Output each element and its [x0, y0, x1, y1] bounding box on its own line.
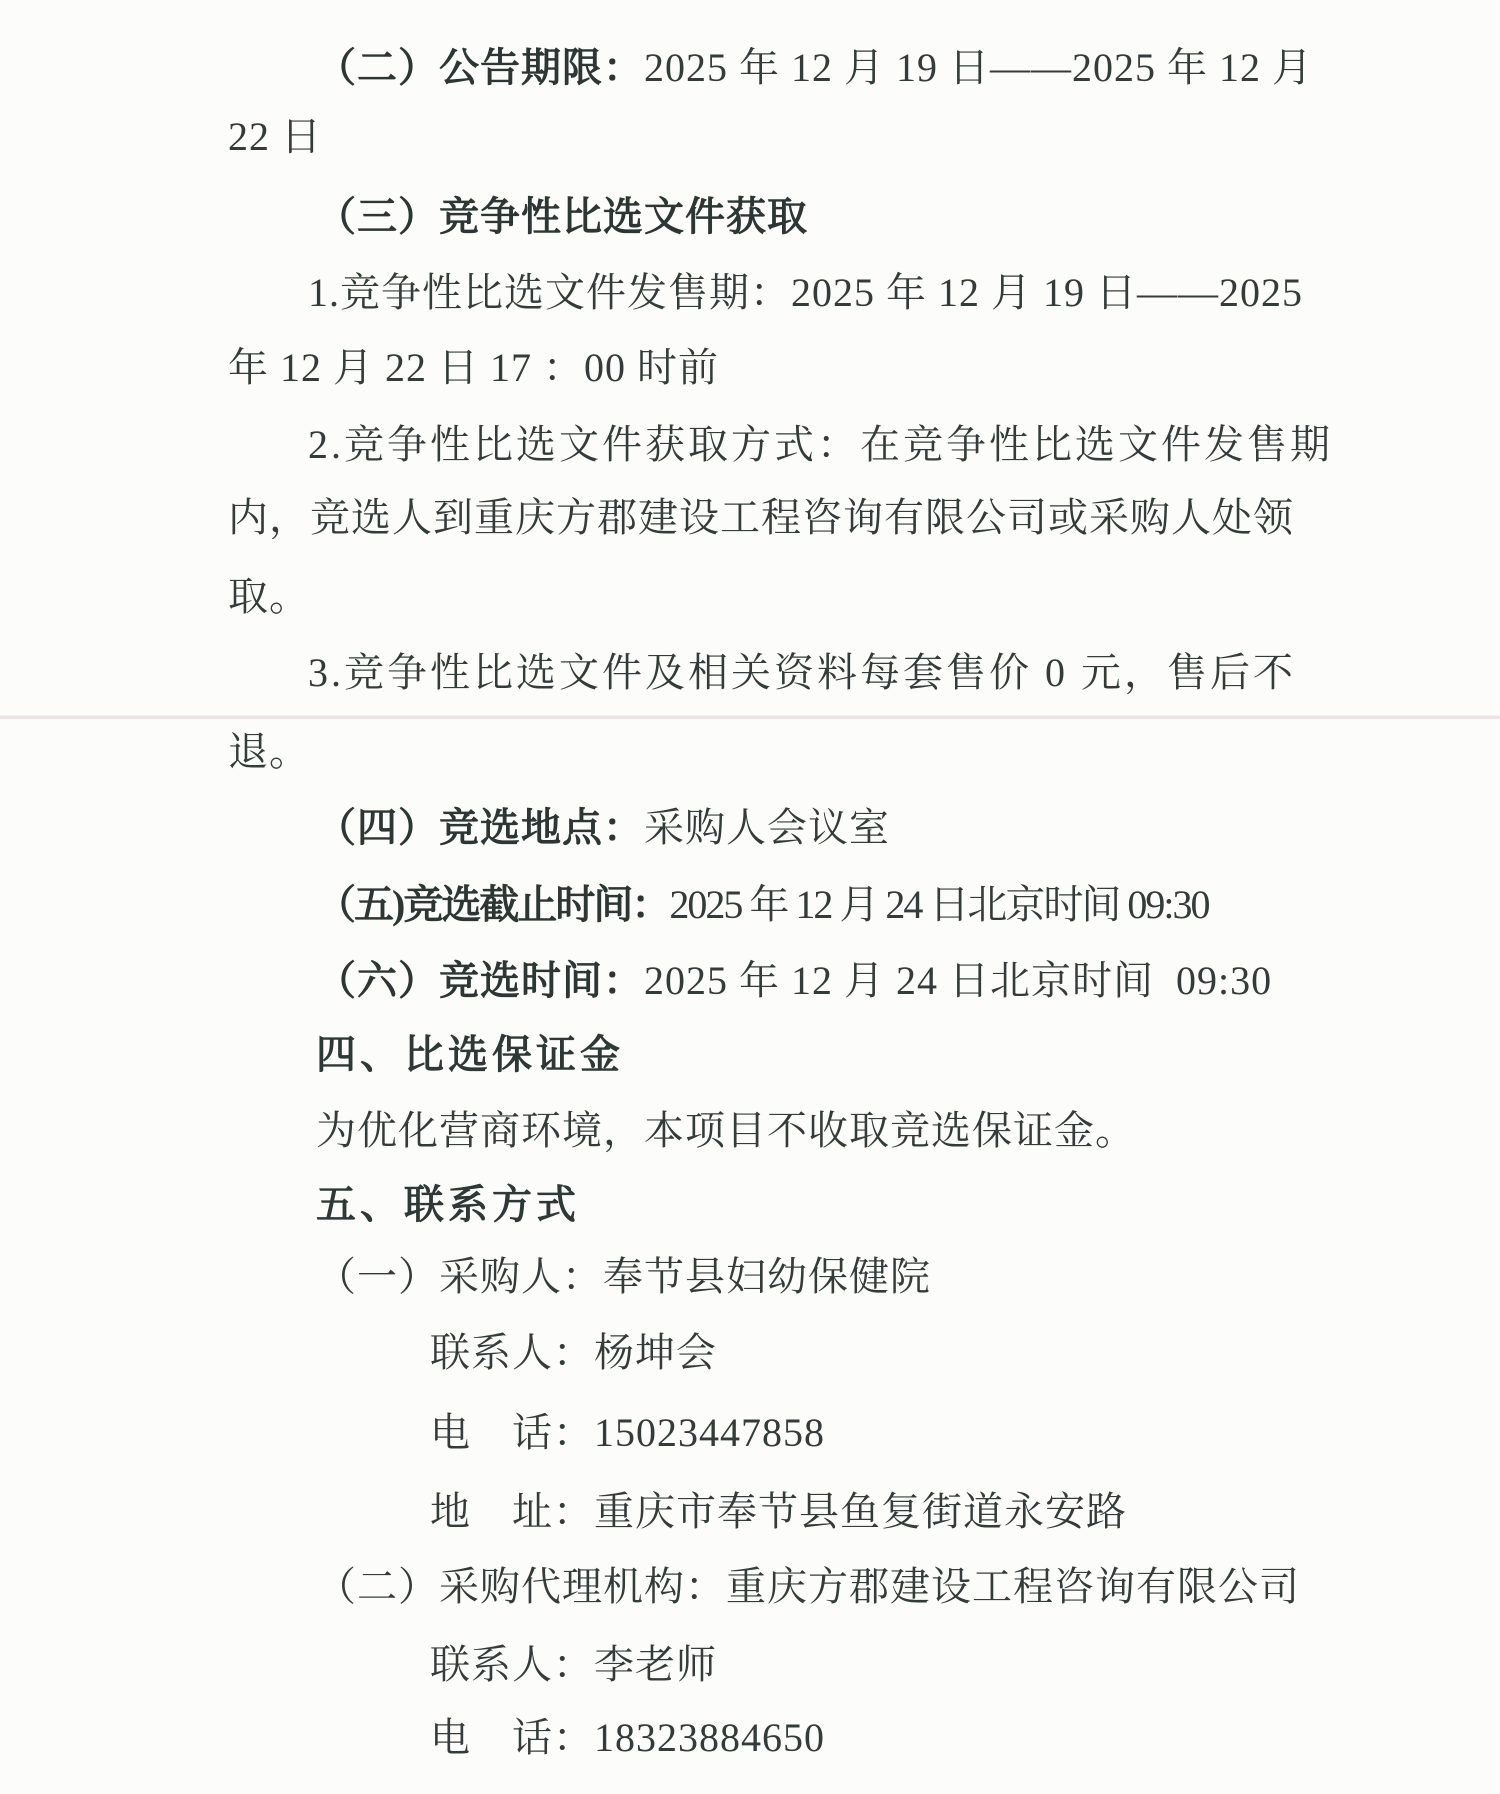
announcement-period-line: （二）公告期限：2025 年 12 月 19 日——2025 年 12 月 [316, 40, 1348, 96]
announcement-period-label: （二）公告期限： [316, 45, 644, 90]
scanned-document-page: （二）公告期限：2025 年 12 月 19 日——2025 年 12 月 22… [0, 0, 1500, 1794]
document-price-line: 3.竞争性比选文件及相关资料每套售价 0 元，售后不 [308, 645, 1348, 701]
bid-location-label: （四）竞选地点： [316, 805, 644, 850]
bid-deadline-label: （五)竞选截止时间： [316, 882, 669, 927]
purchaser-line: （一）采购人：奉节县妇幼保健院 [316, 1249, 1348, 1305]
agency-line: （二）采购代理机构：重庆方郡建设工程咨询有限公司 [316, 1559, 1348, 1615]
deposit-note-line: 为优化营商环境，本项目不收取竞选保证金。 [316, 1103, 1348, 1159]
scan-seam-divider [0, 715, 1500, 719]
bid-deadline-line: （五)竞选截止时间：2025 年 12 月 24 日北京时间 09:30 [316, 877, 1348, 933]
agency-phone-line: 电 话：18323884650 [430, 1710, 1348, 1766]
acquisition-method-continuation-2: 取。 [228, 569, 1348, 625]
bid-time-value: 2025 年 12 月 24 日北京时间 09:30 [644, 958, 1272, 1003]
sale-period-continuation: 年 12 月 22 日 17 ：00 时前 [228, 340, 1348, 396]
purchaser-address-line: 地 址：重庆市奉节县鱼复街道永安路 [430, 1484, 1348, 1540]
acquisition-method-continuation: 内，竞选人到重庆方郡建设工程咨询有限公司或采购人处领 [228, 490, 1348, 546]
bid-location-value: 采购人会议室 [644, 805, 890, 850]
section-4-deposit-heading: 四、比选保证金 [316, 1027, 1348, 1083]
bid-location-line: （四）竞选地点：采购人会议室 [316, 800, 1348, 856]
document-price-continuation: 退。 [228, 724, 1348, 780]
agency-contact-person-line: 联系人：李老师 [430, 1637, 1348, 1693]
purchaser-phone-line: 电 话：15023447858 [430, 1405, 1348, 1461]
document-acquisition-heading: （三）竞争性比选文件获取 [316, 189, 1348, 245]
acquisition-method-line: 2.竞争性比选文件获取方式：在竞争性比选文件发售期 [308, 417, 1348, 473]
purchaser-contact-person-line: 联系人：杨坤会 [430, 1325, 1348, 1381]
announcement-period-dates: 2025 年 12 月 19 日——2025 年 12 月 [644, 45, 1313, 90]
announcement-period-continuation: 22 日 [228, 109, 1348, 165]
sale-period-line: 1.竞争性比选文件发售期：2025 年 12 月 19 日——2025 [308, 265, 1348, 321]
section-5-contact-heading: 五、联系方式 [316, 1177, 1348, 1233]
bid-deadline-value: 2025 年 12 月 24 日北京时间 09:30 [669, 882, 1208, 927]
bid-time-label: （六）竞选时间： [316, 958, 644, 1003]
bid-time-line: （六）竞选时间：2025 年 12 月 24 日北京时间 09:30 [316, 953, 1348, 1009]
